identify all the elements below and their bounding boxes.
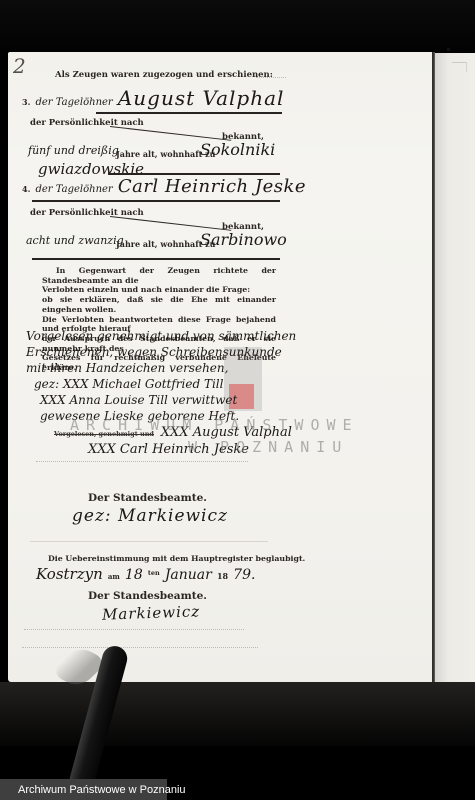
ruled-line: [32, 200, 280, 202]
witness4-name-line: 4. der Tagelöhner Carl Heinrich Jeske: [22, 176, 306, 197]
certification-date-line: Kostrzyn am 18 ten Januar 18 79.: [36, 564, 255, 583]
witness3-residence: Sokolniki: [200, 140, 275, 159]
table-background: [0, 682, 475, 746]
witness4-age: acht und zwanzig: [26, 234, 124, 247]
witness3-index: 3.: [22, 97, 30, 107]
page-number: 2: [13, 54, 26, 78]
printed-am: am: [108, 572, 120, 581]
witness3-age: fünf und dreißig: [28, 144, 119, 157]
faint-line: [30, 540, 268, 542]
closing-line: gez: XXX Michael Gottfried Till: [26, 376, 276, 392]
crossed-blank-stroke: [110, 216, 231, 231]
declaration-line: In Gegenwart der Zeugen richtete der Sta…: [42, 266, 276, 285]
ruled-line: [96, 112, 282, 114]
registrar-title-2: Der Standesbeamte.: [88, 590, 207, 602]
registrar-signature-1: gez: Markiewicz: [72, 506, 228, 526]
faint-dotted-line: [24, 628, 244, 630]
certification-month: Januar: [165, 567, 212, 583]
closing-line: mit ihren Handzeichen versehen,: [26, 360, 276, 376]
witness4-residence: Sarbinowo: [200, 230, 287, 249]
registrar-title-1: Der Standesbeamte.: [88, 492, 207, 504]
archive-watermark-text-1: ARCHIWUM PAŃSTWOWE: [70, 416, 359, 434]
printed-ten: ten: [148, 569, 160, 577]
crossed-blank-stroke: [110, 126, 231, 141]
witness4-identity-label: der Persönlichkeit nach: [30, 208, 144, 218]
witness-intro-line: Als Zeugen waren zugezogen und erschiene…: [55, 70, 273, 80]
witness4-descriptor: der Tagelöhner: [35, 184, 112, 195]
archive-footer-label: Archiwum Państwowe w Poznaniu: [18, 784, 186, 796]
declaration-line: ob sie erklären, daß sie die Ehe mit ein…: [42, 295, 276, 314]
certification-year: 79.: [233, 567, 255, 583]
faint-dotted-line: [36, 460, 248, 462]
adjacent-page-edge: [435, 53, 475, 682]
witness4-name: Carl Heinrich Jeske: [118, 176, 306, 197]
form-dotted-line: [256, 76, 286, 78]
declaration-line: Verlobten einzeln und nach einander die …: [42, 285, 276, 295]
registry-document-page: 2 Als Zeugen waren zugezogen und erschie…: [8, 52, 432, 682]
dust-speck: [447, 48, 450, 51]
faint-dotted-line: [22, 646, 258, 648]
witness3-name-line: 3. der Tagelöhner August Valphal: [22, 86, 284, 110]
closing-line: XXX Anna Louise Till verwittwet: [26, 392, 276, 408]
archive-watermark-text-2: W POZNANIU: [188, 438, 348, 456]
ruled-line: [108, 173, 280, 175]
printed-year-prefix: 18: [217, 571, 228, 581]
certification-statement: Die Uebereinstimmung mit dem Hauptregist…: [48, 554, 305, 563]
closing-line: Erschienenen, wegen Schreibensunkunde: [26, 344, 276, 360]
faint-corner-mark: [452, 62, 467, 72]
closing-line: Vorgelesen genehmigt und von sämmtlichen: [26, 328, 276, 344]
certification-day: 18: [125, 567, 143, 583]
scan-viewer: 2 Als Zeugen waren zugezogen und erschie…: [0, 0, 475, 800]
certification-place: Kostrzyn: [36, 565, 103, 583]
witness3-descriptor: der Tagelöhner: [35, 97, 112, 108]
witness4-index: 4.: [22, 184, 30, 194]
witness3-identity-label: der Persönlichkeit nach: [30, 118, 144, 128]
witness3-name: August Valphal: [118, 86, 285, 110]
ruled-line: [32, 258, 280, 260]
registrar-signature-2: Markiewicz: [102, 602, 201, 623]
archive-footer-bar: Archiwum Państwowe w Poznaniu: [0, 779, 167, 800]
